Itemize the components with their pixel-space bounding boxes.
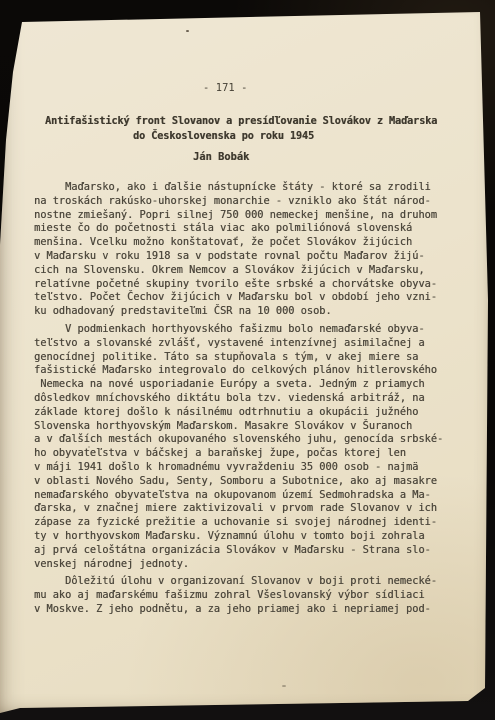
paragraph: Maďarsko, ako i ďalšie nástupnícke štáty… <box>34 181 454 319</box>
scan-speck <box>186 30 189 32</box>
paragraph: V podmienkach horthyovského fašizmu bolo… <box>34 323 454 571</box>
book-page: - 171 - Antifašistický front Slovanov a … <box>0 0 495 720</box>
scanned-page-photo: - 171 - Antifašistický front Slovanov a … <box>0 0 495 720</box>
scan-speck <box>282 685 286 687</box>
article-body: Maďarsko, ako i ďalšie nástupnícke štáty… <box>34 181 454 617</box>
article-title-line1: Antifašistický front Slovanov a presídľo… <box>45 116 437 127</box>
paragraph: Dôležitú úlohu v organizovaní Slovanov v… <box>34 575 454 616</box>
page-number: - 171 - <box>203 82 248 94</box>
scan-speck <box>88 446 90 448</box>
author-name: Ján Bobák <box>193 151 249 163</box>
article-title-line2: do Československa po roku 1945 <box>133 131 314 142</box>
